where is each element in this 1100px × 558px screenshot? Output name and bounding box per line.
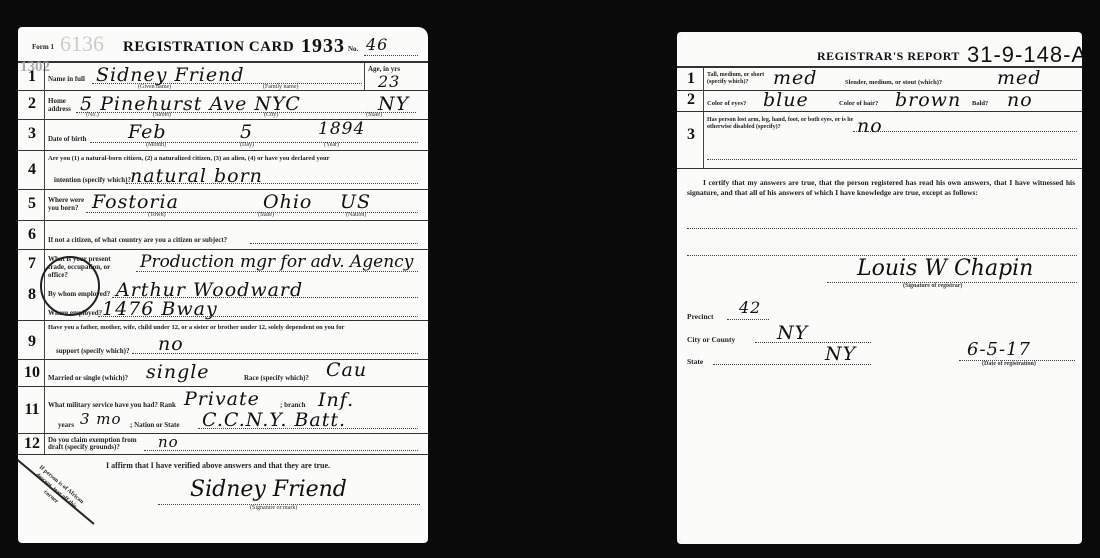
certify-text: I certify that my answers are true, that… — [687, 178, 1075, 198]
state-line — [713, 364, 871, 365]
birth-day[interactable]: 5 — [240, 123, 253, 142]
caption-town: (Town) — [148, 212, 166, 218]
age-value[interactable]: 23 — [378, 74, 400, 90]
row-number: 4 — [24, 161, 40, 179]
row-number: 9 — [24, 333, 40, 351]
build-value[interactable]: med — [997, 69, 1041, 88]
bald-label: Bald? — [972, 100, 988, 107]
exemption-label: Do you claim exemption from draft (speci… — [48, 437, 144, 451]
precinct-label: Precinct — [687, 312, 714, 321]
divider — [44, 221, 45, 249]
eyes-label: Color of eyes? — [707, 100, 746, 107]
divider — [44, 190, 45, 220]
military-label: What military service have you had? Rank — [48, 401, 176, 409]
row-number: 10 — [24, 364, 40, 382]
row-number: 1 — [683, 70, 699, 88]
divider — [703, 112, 704, 168]
caption-month: (Month) — [146, 142, 166, 148]
divider — [44, 89, 45, 119]
occupation-value[interactable]: Production mgr for adv. Agency — [140, 254, 413, 271]
dependents-line — [132, 353, 418, 354]
form-label: Form 1 — [32, 43, 54, 51]
nation-label: ; Nation or State — [130, 421, 179, 429]
race-value[interactable]: Cau — [326, 361, 367, 380]
eyes-value[interactable]: blue — [763, 91, 809, 110]
foreign-citizen-label: If not a citizen, of what country are yo… — [48, 236, 227, 244]
row-number: 3 — [24, 125, 40, 143]
card-title: REGISTRATION CARD — [123, 39, 294, 56]
hair-value[interactable]: brown — [895, 91, 961, 110]
state-value[interactable]: NY — [825, 345, 856, 364]
birthplace-label: Where were you born? — [48, 196, 86, 212]
military-years[interactable]: 3 mo — [80, 412, 122, 427]
address-label: Home address — [48, 97, 70, 113]
birth-year[interactable]: 1894 — [318, 121, 365, 138]
serial-printed: 1933 — [301, 35, 345, 58]
registrars-report-card: REGISTRAR'S REPORT 31-9-148-A 1 Tall, me… — [677, 32, 1082, 544]
registrar-signature[interactable]: Louis W Chapin — [857, 258, 1033, 280]
height-label: Tall, medium, or short (specify which)? — [707, 72, 767, 86]
row-number: 8 — [24, 286, 40, 304]
precinct-line — [727, 319, 769, 320]
caption-street: (Street) — [153, 112, 171, 118]
serial-handwritten: 46 — [366, 37, 388, 53]
exemption-line — [144, 450, 418, 451]
address-line — [76, 112, 416, 113]
military-rank[interactable]: Private — [184, 390, 260, 409]
precinct-value[interactable]: 42 — [739, 300, 761, 316]
bald-value[interactable]: no — [1007, 91, 1033, 110]
row-exemption: 12 Do you claim exemption from draft (sp… — [18, 434, 428, 455]
row-birthplace: 5 Where were you born? Fostoria Ohio US … — [18, 190, 428, 221]
row-birth: 3 Date of birth Feb 5 1894 (Month) (Day)… — [18, 120, 428, 151]
row-number: 7 — [24, 255, 40, 273]
citizenship-line — [126, 183, 418, 184]
occupation-line — [136, 271, 418, 272]
caption-year: (Year) — [324, 142, 339, 148]
divider — [44, 434, 45, 454]
birth-line — [90, 142, 418, 143]
citizenship-question: Are you (1) a natural-born citizen, (2) … — [48, 155, 329, 162]
caption-state: (State) — [366, 112, 382, 118]
divider — [44, 360, 45, 386]
city-value[interactable]: NY — [777, 324, 808, 343]
divider — [703, 89, 704, 111]
divider — [44, 120, 45, 150]
birth-label: Date of birth — [48, 135, 87, 143]
disabled-value[interactable]: no — [857, 117, 883, 136]
dependents-value[interactable]: no — [158, 335, 184, 354]
exemption-value[interactable]: no — [158, 435, 179, 450]
dependents-label: support (specify which)? — [56, 347, 130, 355]
citizenship-label: intention (specify which)? — [54, 176, 131, 184]
row-marital: 10 Married or single (which)? single Rac… — [18, 360, 428, 387]
military-branch[interactable]: Inf. — [318, 391, 354, 410]
divider — [703, 68, 704, 90]
row-number: 2 — [24, 95, 40, 113]
disabled-label: Has person lost arm, leg, hand, foot, or… — [707, 117, 857, 131]
row-number: 5 — [24, 195, 40, 213]
divider — [364, 63, 365, 90]
divider — [44, 321, 45, 359]
report-title: REGISTRAR'S REPORT — [817, 49, 960, 64]
caption-nation: (Nation) — [346, 212, 366, 218]
caption-city: (City) — [264, 112, 278, 118]
divider — [44, 387, 45, 433]
registrar-caption: (Signature of registrar) — [903, 283, 962, 289]
serial-line — [364, 55, 418, 56]
row-number: 12 — [24, 435, 40, 453]
row-number: 11 — [24, 401, 40, 419]
hair-label: Color of hair? — [839, 100, 878, 107]
caption-day: (Day) — [240, 142, 254, 148]
row-employer: 8 By whom employed? Arthur Woodward Wher… — [18, 278, 428, 321]
row-citizenship: 4 Are you (1) a natural-born citizen, (2… — [18, 151, 428, 190]
row-number: 3 — [683, 126, 699, 144]
birthplace-town[interactable]: Fostoria — [92, 193, 179, 212]
exception-line-1 — [687, 228, 1077, 229]
where-employed-line — [98, 316, 418, 317]
row-number: 6 — [24, 226, 40, 244]
birthplace-state[interactable]: Ohio — [263, 193, 312, 212]
branch-label: ; branch — [280, 401, 305, 409]
dependents-question: Have you a father, mother, wife, child u… — [48, 324, 344, 331]
city-label: City or County — [687, 335, 735, 344]
divider — [44, 63, 45, 90]
report-serial: 31-9-148-A — [967, 42, 1087, 68]
row-colors: 2 Color of eyes? blue Color of hair? bro… — [677, 89, 1082, 112]
birthplace-line — [86, 212, 418, 213]
state-label: State — [687, 357, 703, 366]
caption-state: (State) — [258, 212, 274, 218]
years-label: years — [58, 421, 74, 429]
registration-date[interactable]: 6-5-17 — [967, 341, 1031, 359]
affirm-text: I affirm that I have verified above answ… — [106, 461, 330, 470]
faint-stamp: 6136 — [60, 31, 104, 57]
corner-note: If person is of African descent, tear of… — [25, 463, 86, 520]
name-line — [92, 83, 362, 84]
registrant-signature[interactable]: Sidney Friend — [190, 479, 347, 501]
build-label: Slender, medium, or stout (which)? — [845, 79, 942, 86]
marital-value[interactable]: single — [146, 363, 210, 382]
race-label: Race (specify which)? — [244, 374, 309, 382]
row-number: 1 — [24, 68, 40, 86]
row-address: 2 Home address 5 Pinehurst Ave NYC NY (N… — [18, 89, 428, 120]
date-caption: (Date of registration) — [982, 361, 1036, 367]
name-label: Name in full — [48, 75, 85, 83]
no-label: No. — [348, 45, 358, 53]
marital-label: Married or single (which)? — [48, 374, 128, 382]
foreign-citizen-line — [250, 243, 418, 244]
row-name: 1302 1 Name in full Sidney Friend (Given… — [18, 61, 428, 91]
circled-mark — [40, 256, 100, 316]
divider — [44, 151, 45, 189]
birth-month[interactable]: Feb — [128, 123, 167, 142]
row-disabled: 3 Has person lost arm, leg, hand, foot, … — [677, 112, 1082, 169]
row-military: 11 What military service have you had? R… — [18, 387, 428, 434]
birthplace-nation[interactable]: US — [340, 193, 371, 212]
registration-card-front: Form 1 6136 REGISTRATION CARD 1933 No. 4… — [18, 27, 428, 543]
row-foreign-citizen: 6 If not a citizen, of what country are … — [18, 221, 428, 250]
row-height: 1 Tall, medium, or short (specify which)… — [677, 66, 1082, 91]
row-dependents: 9 Have you a father, mother, wife, child… — [18, 321, 428, 360]
caption-no: (No.) — [86, 112, 99, 118]
nation-line — [198, 428, 418, 429]
height-value[interactable]: med — [773, 69, 817, 88]
disabled-line-2 — [707, 159, 1077, 160]
disabled-line — [853, 131, 1077, 132]
row-number: 2 — [683, 91, 699, 109]
signature-caption: (Signature or mark) — [250, 505, 297, 511]
